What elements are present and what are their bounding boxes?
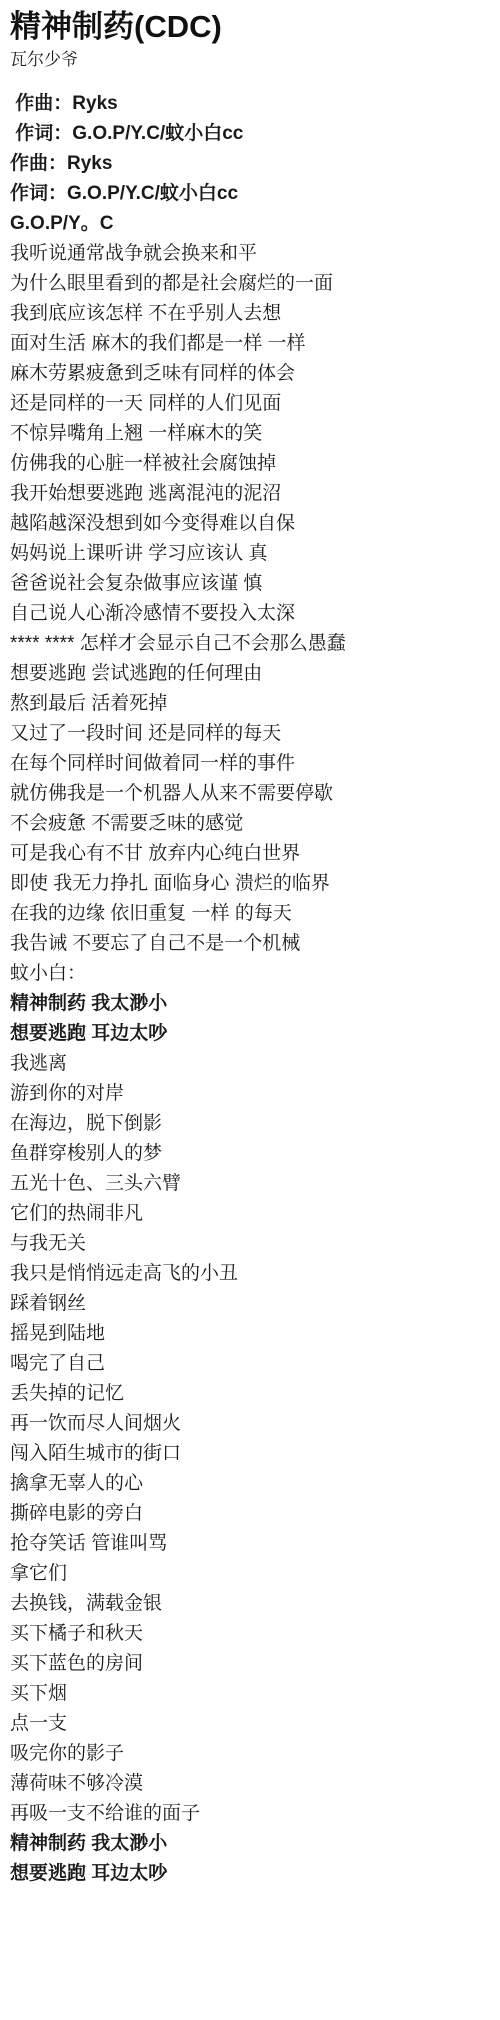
lyric-line: 抢夺笑话 管谁叫骂 bbox=[10, 1529, 490, 1559]
lyric-line: 我逃离 bbox=[10, 1049, 490, 1079]
artist-name: 瓦尔少爷 bbox=[10, 48, 490, 72]
lyric-line: 作词：G.O.P/Y.C/蚊小白cc bbox=[10, 119, 490, 149]
lyric-line: 丢失掉的记忆 bbox=[10, 1379, 490, 1409]
lyric-line: 又过了一段时间 还是同样的每天 bbox=[10, 719, 490, 749]
lyric-line: 不会疲惫 不需要乏味的感觉 bbox=[10, 809, 490, 839]
lyric-line: 在每个同样时间做着同一样的事件 bbox=[10, 749, 490, 779]
lyric-line: 爸爸说社会复杂做事应该谨 慎 bbox=[10, 569, 490, 599]
lyric-line: 蚊小白： bbox=[10, 959, 490, 989]
lyric-line: 我到底应该怎样 不在乎别人去想 bbox=[10, 299, 490, 329]
lyric-line: 再一饮而尽人间烟火 bbox=[10, 1409, 490, 1439]
lyric-line: 踩着钢丝 bbox=[10, 1289, 490, 1319]
lyric-line: 想要逃跑 尝试逃跑的任何理由 bbox=[10, 659, 490, 689]
lyric-line: 熬到最后 活着死掉 bbox=[10, 689, 490, 719]
lyric-line: G.O.P/Y。C bbox=[10, 209, 490, 239]
lyric-line: 买下烟 bbox=[10, 1679, 490, 1709]
lyric-line: 摇晃到陆地 bbox=[10, 1319, 490, 1349]
lyric-line: 游到你的对岸 bbox=[10, 1079, 490, 1109]
lyric-line: 喝完了自己 bbox=[10, 1349, 490, 1379]
lyric-line: 在海边，脱下倒影 bbox=[10, 1109, 490, 1139]
lyrics-list: 作曲：Ryks 作词：G.O.P/Y.C/蚊小白cc作曲：Ryks作词：G.O.… bbox=[10, 89, 490, 1889]
lyric-line: 精神制药 我太渺小 bbox=[10, 989, 490, 1019]
lyric-line: 想要逃跑 耳边太吵 bbox=[10, 1859, 490, 1889]
lyric-line: 擒拿无辜人的心 bbox=[10, 1469, 490, 1499]
page-title: 精神制药(CDC) bbox=[10, 7, 490, 47]
lyric-line: 五光十色、三头六臂 bbox=[10, 1169, 490, 1199]
lyric-line: 它们的热闹非凡 bbox=[10, 1199, 490, 1229]
lyric-line: 可是我心有不甘 放弃内心纯白世界 bbox=[10, 839, 490, 869]
lyric-line: 精神制药 我太渺小 bbox=[10, 1829, 490, 1859]
lyric-line: 我只是悄悄远走高飞的小丑 bbox=[10, 1259, 490, 1289]
lyric-line: **** **** 怎样才会显示自己不会那么愚蠢 bbox=[10, 629, 490, 659]
lyric-line: 作词：G.O.P/Y.C/蚊小白cc bbox=[10, 179, 490, 209]
lyric-line: 鱼群穿梭别人的梦 bbox=[10, 1139, 490, 1169]
lyric-line: 作曲：Ryks bbox=[10, 89, 490, 119]
lyric-line: 想要逃跑 耳边太吵 bbox=[10, 1019, 490, 1049]
lyric-line: 不惊异嘴角上翘 一样麻木的笑 bbox=[10, 419, 490, 449]
lyric-line: 我听说通常战争就会换来和平 bbox=[10, 239, 490, 269]
lyric-line: 吸完你的影子 bbox=[10, 1739, 490, 1769]
lyric-line: 撕碎电影的旁白 bbox=[10, 1499, 490, 1529]
lyric-line: 仿佛我的心脏一样被社会腐蚀掉 bbox=[10, 449, 490, 479]
lyric-line: 我告诫 不要忘了自己不是一个机械 bbox=[10, 929, 490, 959]
lyric-line: 即使 我无力挣扎 面临身心 溃烂的临界 bbox=[10, 869, 490, 899]
lyric-line: 买下橘子和秋天 bbox=[10, 1619, 490, 1649]
lyric-line: 与我无关 bbox=[10, 1229, 490, 1259]
lyric-line: 在我的边缘 依旧重复 一样 的每天 bbox=[10, 899, 490, 929]
lyric-line: 为什么眼里看到的都是社会腐烂的一面 bbox=[10, 269, 490, 299]
lyric-line: 麻木劳累疲惫到乏味有同样的体会 bbox=[10, 359, 490, 389]
lyric-line: 作曲：Ryks bbox=[10, 149, 490, 179]
lyric-line: 自己说人心渐冷感情不要投入太深 bbox=[10, 599, 490, 629]
lyric-line: 点一支 bbox=[10, 1709, 490, 1739]
lyric-line: 拿它们 bbox=[10, 1559, 490, 1589]
lyric-line: 还是同样的一天 同样的人们见面 bbox=[10, 389, 490, 419]
lyric-line: 闯入陌生城市的街口 bbox=[10, 1439, 490, 1469]
lyric-line: 薄荷味不够冷漠 bbox=[10, 1769, 490, 1799]
lyric-line: 我开始想要逃跑 逃离混沌的泥沼 bbox=[10, 479, 490, 509]
lyric-line: 就仿佛我是一个机器人从来不需要停歇 bbox=[10, 779, 490, 809]
lyric-line: 去换钱，满载金银 bbox=[10, 1589, 490, 1619]
lyric-line: 越陷越深没想到如今变得难以自保 bbox=[10, 509, 490, 539]
lyric-line: 再吸一支不给谁的面子 bbox=[10, 1799, 490, 1829]
lyric-line: 面对生活 麻木的我们都是一样 一样 bbox=[10, 329, 490, 359]
lyric-line: 妈妈说上课听讲 学习应该认 真 bbox=[10, 539, 490, 569]
lyrics-page: 精神制药(CDC) 瓦尔少爷 作曲：Ryks 作词：G.O.P/Y.C/蚊小白c… bbox=[0, 0, 500, 1889]
lyric-line: 买下蓝色的房间 bbox=[10, 1649, 490, 1679]
